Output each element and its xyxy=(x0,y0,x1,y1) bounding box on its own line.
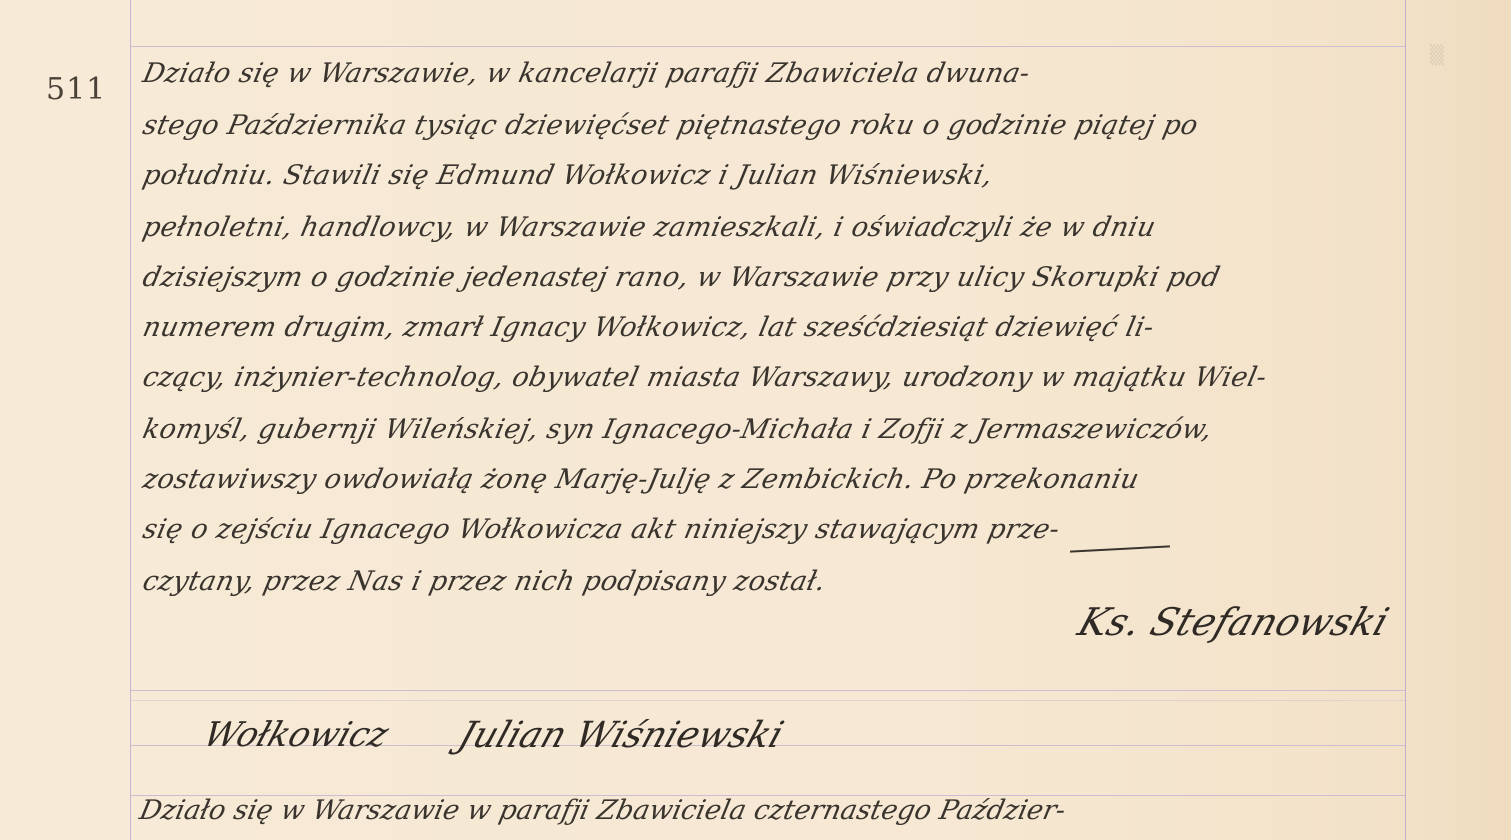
declarant-signature-wisniewski: Julian Wiśniewski xyxy=(453,715,788,756)
record-line: zostawiwszy owdowiałą żonę Marję-Julję z… xyxy=(140,464,1407,495)
record-line: stego Października tysiąc dziewięćset pi… xyxy=(140,110,1407,141)
record-line: pełnoletni, handlowcy, w Warszawie zamie… xyxy=(140,212,1407,243)
record-line: czytany, przez Nas i przez nich podpisan… xyxy=(140,566,1407,597)
record-line: się o zejściu Ignacego Wołkowicza akt ni… xyxy=(140,514,1407,545)
faint-bleedthrough-mark: ▒ xyxy=(1430,45,1444,66)
record-line: komyśl, gubernji Wileńskiej, syn Ignaceg… xyxy=(140,414,1407,445)
left-margin-rule xyxy=(130,0,131,840)
registrar-signature: Ks. Stefanowski xyxy=(1073,600,1394,644)
record-line: dzisiejszym o godzinie jedenastej rano, … xyxy=(140,262,1407,293)
ruled-line xyxy=(130,690,1405,691)
record-line: czący, inżynier-technolog, obywatel mias… xyxy=(140,362,1407,393)
next-entry-first-line: Działo się w Warszawie w parafji Zbawici… xyxy=(137,795,1069,826)
record-line: południu. Stawili się Edmund Wołkowicz i… xyxy=(140,160,1407,191)
document-page: ▒ 511 Działo się w Warszawie, w kancelar… xyxy=(0,0,1511,840)
record-line: numerem drugim, zmarł Ignacy Wołkowicz, … xyxy=(140,312,1407,343)
ruled-line xyxy=(130,46,1405,47)
ruled-line xyxy=(130,700,1405,701)
record-line: Działo się w Warszawie, w kancelarji par… xyxy=(140,58,1407,89)
entry-number: 511 xyxy=(46,72,106,107)
ink-underline xyxy=(1070,545,1170,552)
declarant-signature-wolkowicz: Wołkowicz xyxy=(199,715,394,755)
